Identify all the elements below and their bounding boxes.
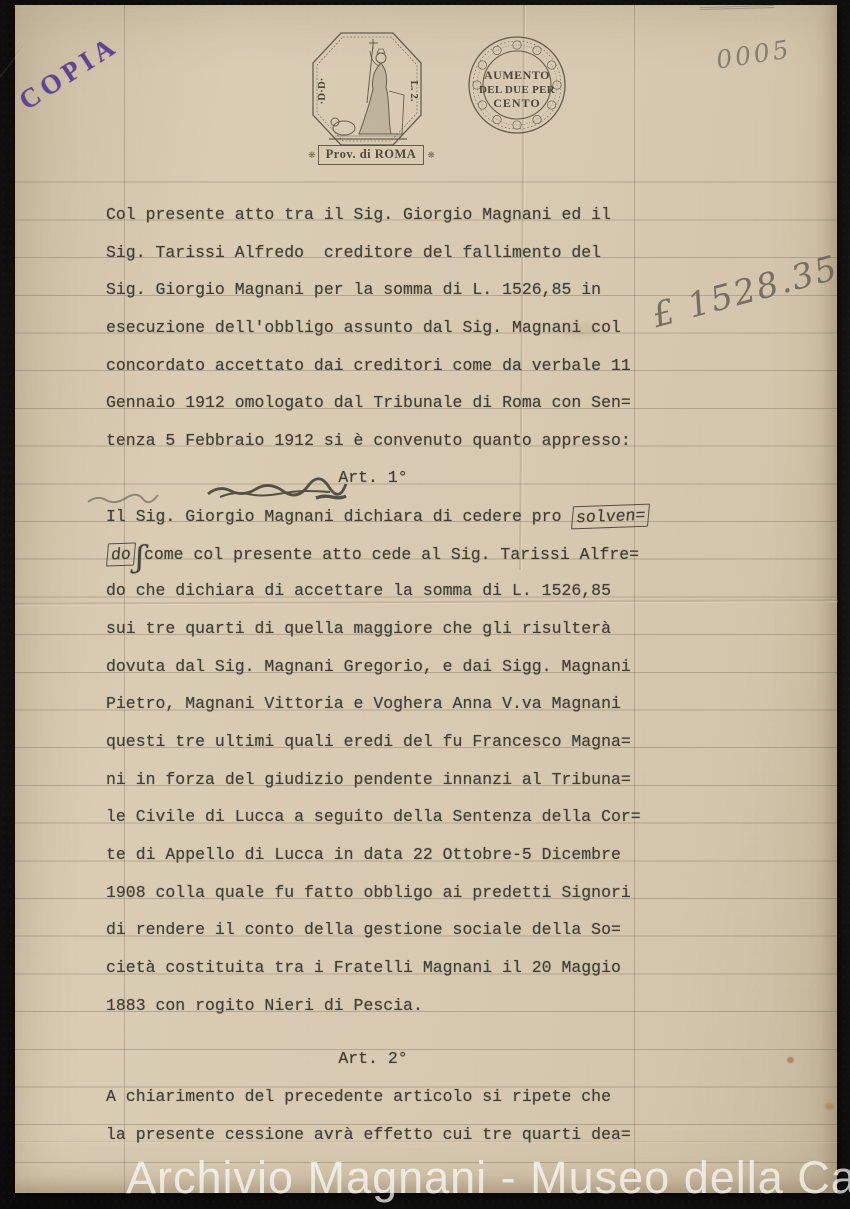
bottom-crease: [15, 1141, 837, 1142]
aumento-stamp-icon: AUMENTO DEL DUE PER CENTO: [466, 34, 568, 136]
flourish-icon: ❋: [308, 150, 315, 161]
ink-scribble: [80, 476, 380, 516]
archive-watermark: Archivio Magnani - Museo della Carta: [126, 1152, 850, 1204]
left-margin-line: [124, 5, 125, 1193]
prov-di-roma-box: ❋ Prov. di ROMA ❋: [303, 145, 439, 165]
right-margin-line: [634, 5, 635, 1193]
prov-di-roma-label: Prov. di ROMA: [318, 145, 425, 165]
paper-sheet: [15, 5, 837, 1193]
revenue-stamp-value-label: L. 2.: [408, 80, 420, 101]
scanned-document-photo: COPIA ·D·D· L. 2. ❋ Prov. di ROMA ❋: [0, 0, 850, 1209]
smudge-stain: [560, 323, 600, 337]
flourish-icon: ❋: [427, 150, 434, 161]
revenue-stamp-left-label: ·D·D·: [316, 78, 328, 105]
rust-stain: [787, 1057, 794, 1063]
aumento-line2: DEL DUE PER: [479, 84, 556, 96]
aumento-line1: AUMENTO: [484, 68, 550, 82]
rust-stain: [825, 1103, 834, 1110]
aumento-line3: CENTO: [493, 96, 540, 110]
faint-stamp-mark: [700, 5, 774, 26]
italia-figure-icon: [329, 39, 407, 139]
revenue-stamp-icon: ·D·D· L. 2.: [311, 31, 423, 147]
